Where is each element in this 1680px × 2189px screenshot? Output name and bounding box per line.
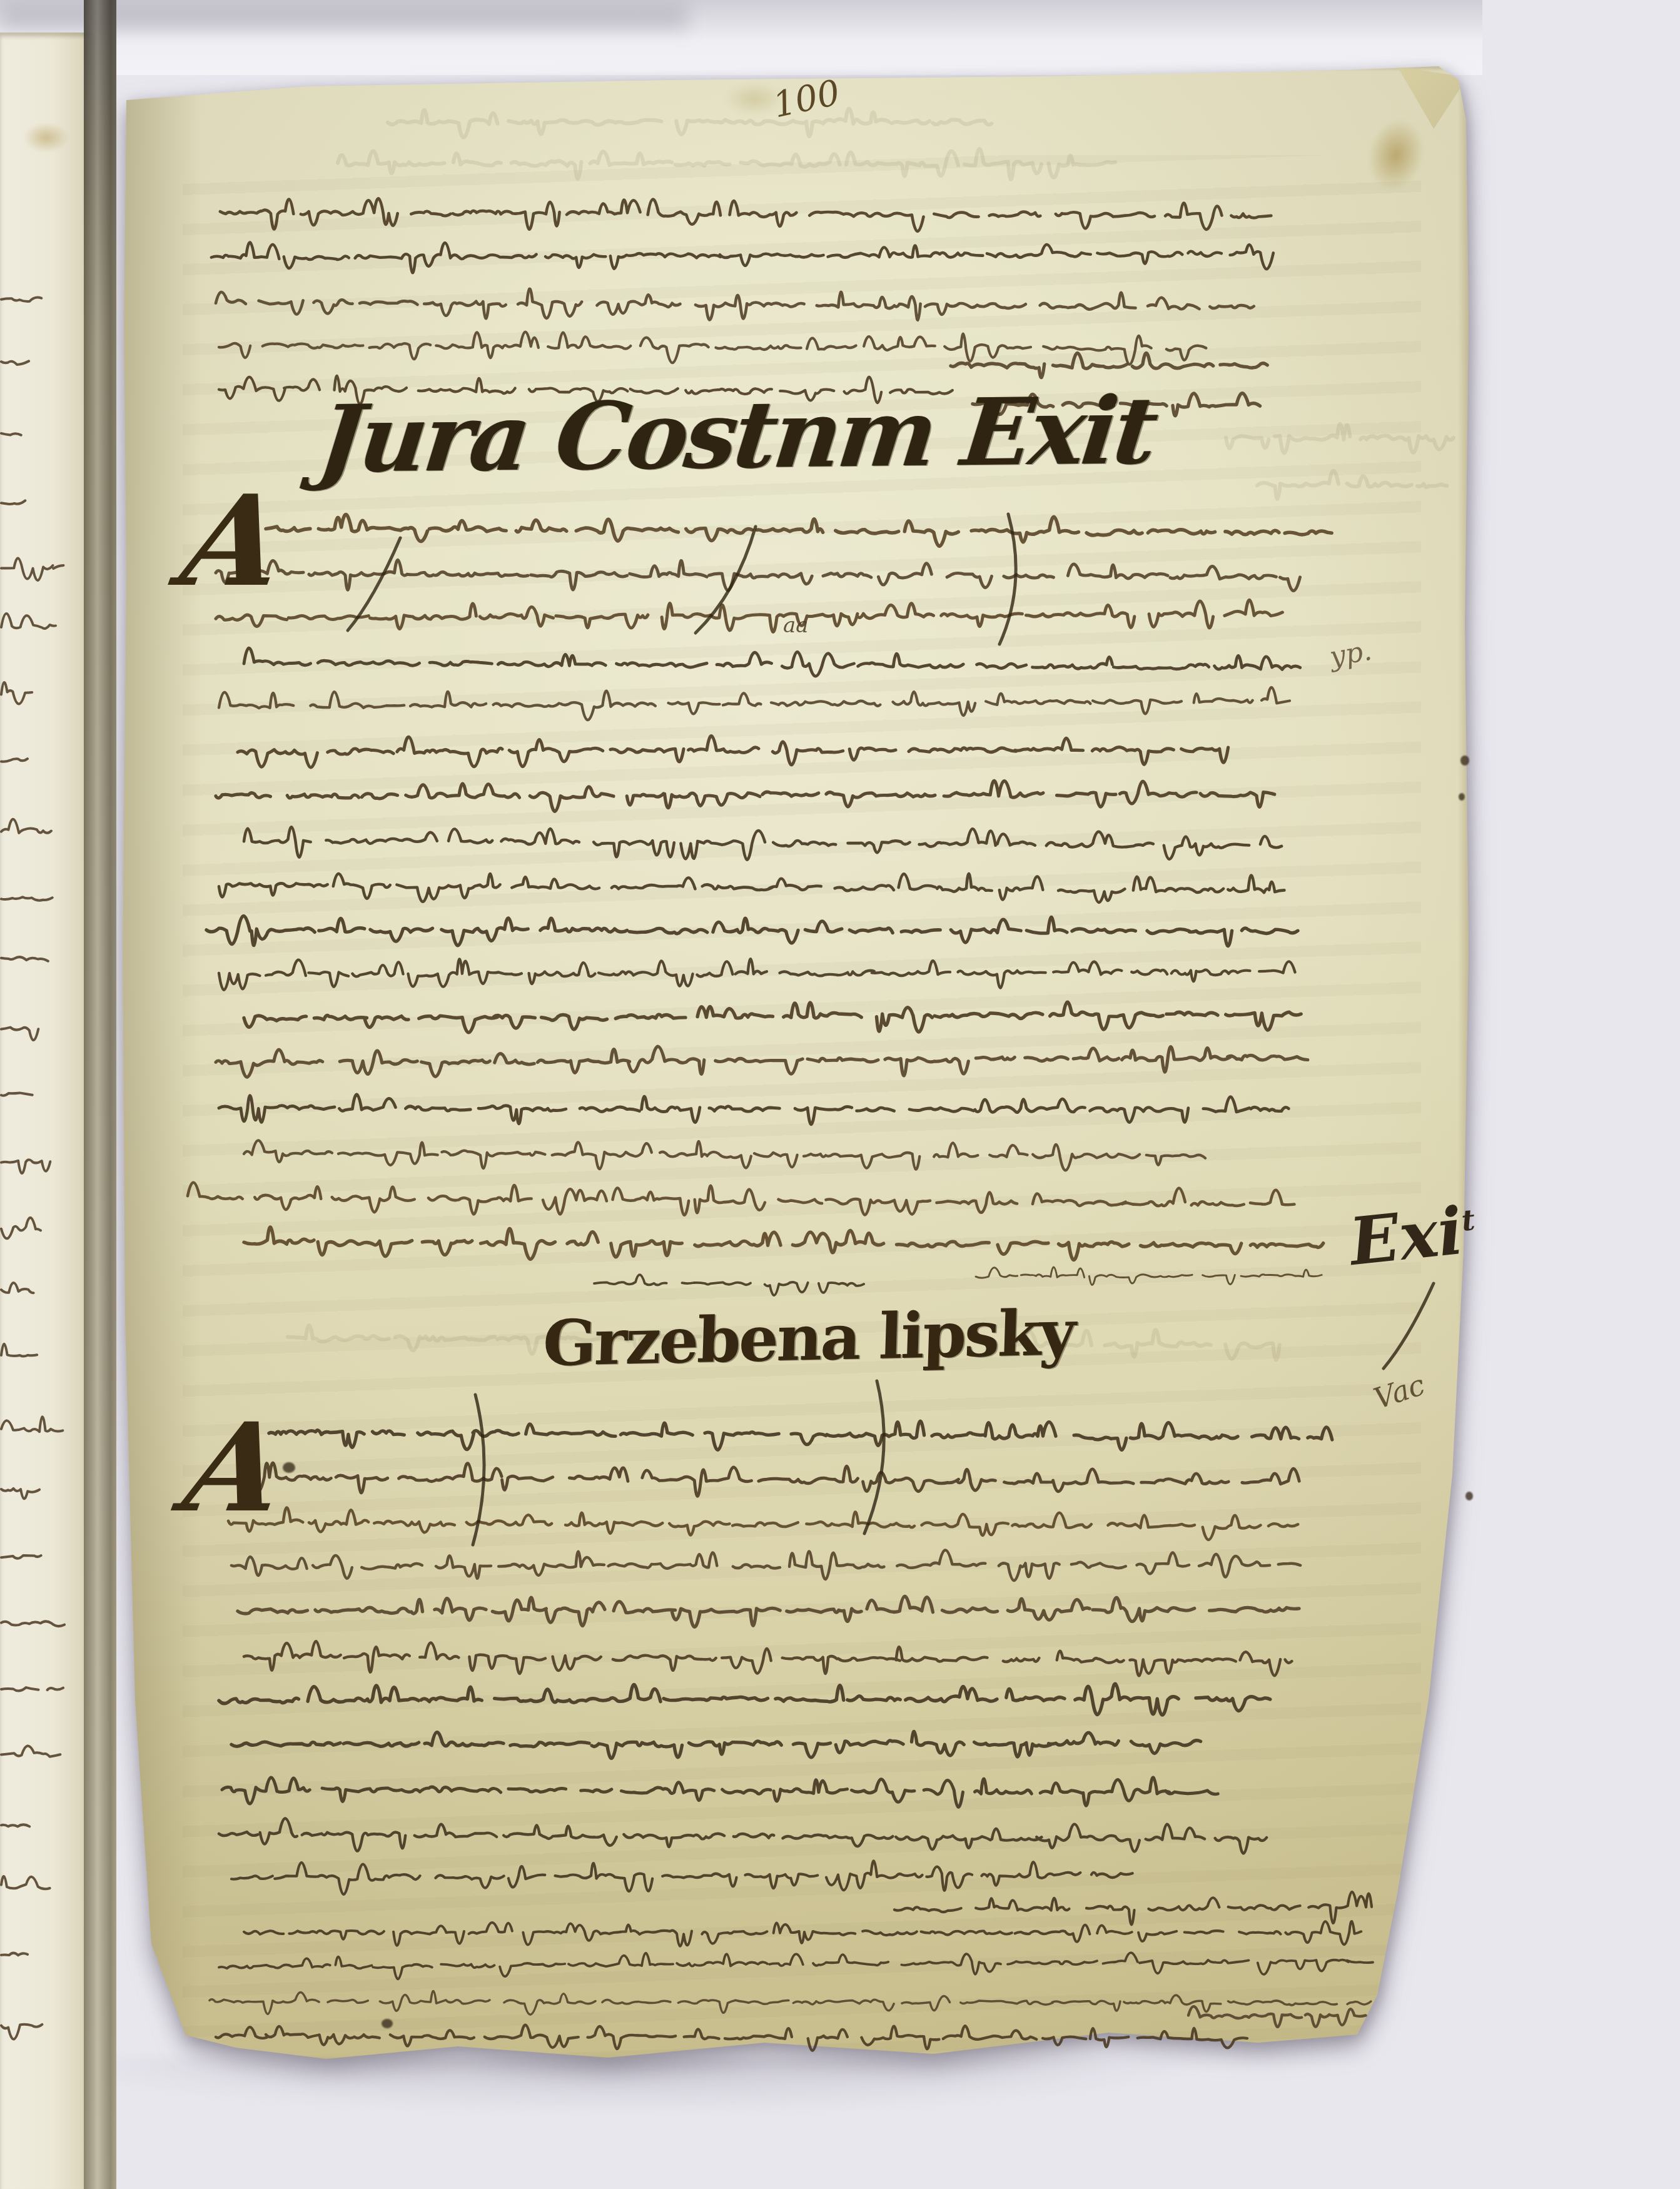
manuscript-scan: 100 Jura Costnm Exit Grzebena lipsky A A… [0, 0, 1680, 2189]
ink-blot [1459, 793, 1465, 801]
section-heading-jura: Jura Costnm Exit [313, 376, 1160, 493]
manuscript-page-wrap [0, 0, 1680, 2189]
ink-blot [1465, 1492, 1473, 1500]
page-vignette [108, 61, 1474, 2069]
ink-blot [1460, 756, 1469, 766]
ink-blot [283, 1462, 295, 1473]
interline-correction: aa [783, 613, 809, 638]
section-heading-grzebena: Grzebena lipsky [542, 1295, 1075, 1380]
ink-blot [382, 2019, 393, 2028]
margin-note-exit-text: Exi [1346, 1192, 1467, 1280]
margin-note-exit: Exit [1346, 1191, 1480, 1280]
manuscript-page [108, 61, 1474, 2069]
